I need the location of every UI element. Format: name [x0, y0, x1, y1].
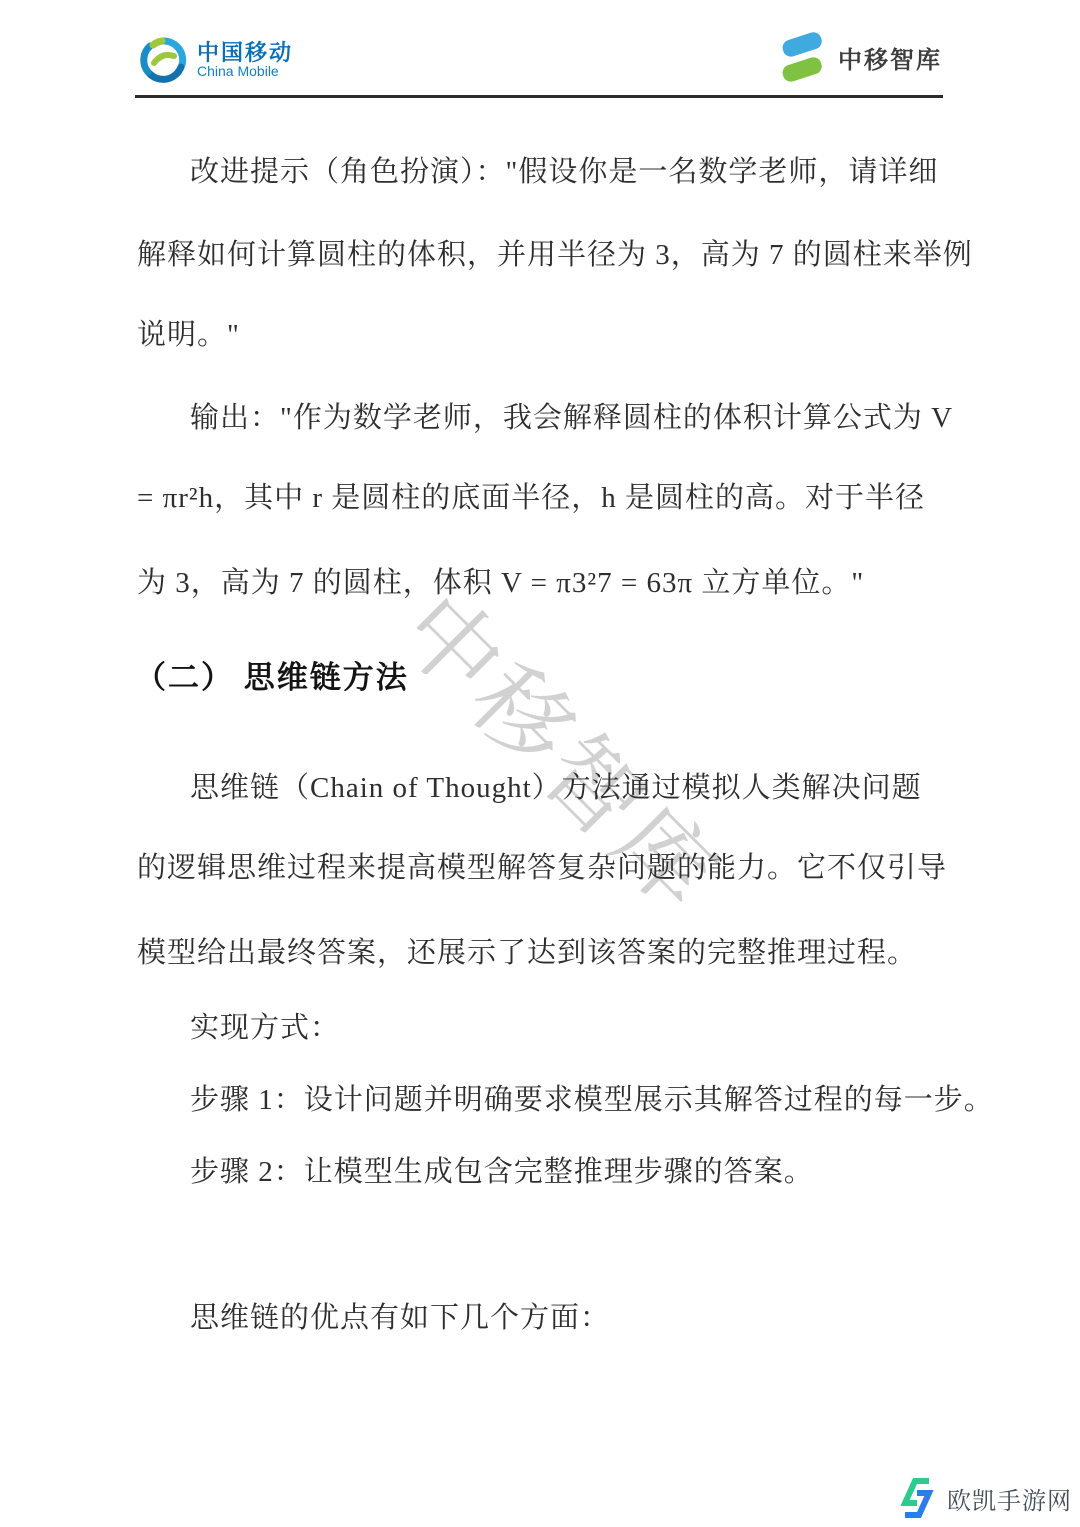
- doc-line: 改进提示（角色扮演）："假设你是一名数学老师，请详细: [137, 155, 938, 189]
- china-mobile-globe-icon: [140, 36, 188, 84]
- think-tank-icon: [779, 26, 825, 88]
- think-tank-logo: 中移智库: [779, 26, 942, 88]
- china-mobile-logo: 中国移动 China Mobile: [140, 36, 293, 84]
- site-logo: 欧凯手游网: [895, 1476, 1072, 1520]
- doc-line: 的逻辑思维过程来提高模型解答复杂问题的能力。它不仅引导: [137, 851, 947, 885]
- doc-line: 步骤 2：让模型生成包含完整推理步骤的答案。: [137, 1155, 814, 1189]
- doc-line: 输出："作为数学老师，我会解释圆柱的体积计算公式为 V: [137, 401, 953, 435]
- china-mobile-name-cn: 中国移动: [197, 41, 293, 64]
- doc-line: = πr²h，其中 r 是圆柱的底面半径，h 是圆柱的高。对于半径: [137, 481, 925, 515]
- doc-line: 为 3，高为 7 的圆柱，体积 V = π3²7 = 63π 立方单位。": [137, 566, 864, 600]
- doc-line: 解释如何计算圆柱的体积，并用半径为 3，高为 7 的圆柱来举例: [137, 238, 973, 272]
- doc-line: 思维链（Chain of Thought）方法通过模拟人类解决问题: [137, 771, 922, 805]
- header-divider: [135, 95, 943, 98]
- doc-line: 模型给出最终答案，还展示了达到该答案的完整推理过程。: [137, 936, 917, 970]
- site-name: 欧凯手游网: [947, 1481, 1072, 1516]
- doc-line: 说明。": [137, 318, 240, 352]
- section-heading: （二） 思维链方法: [135, 661, 409, 695]
- think-tank-name: 中移智库: [838, 40, 942, 75]
- document-page: 中国移动 China Mobile 中移智库 中移智库 改进提示（角色扮演）："…: [0, 0, 1080, 1527]
- doc-line: 思维链的优点有如下几个方面：: [137, 1301, 610, 1335]
- china-mobile-name-en: China Mobile: [197, 64, 293, 79]
- doc-line: 实现方式：: [137, 1011, 340, 1045]
- site-logo-icon: [895, 1476, 939, 1520]
- doc-line: 步骤 1：设计问题并明确要求模型展示其解答过程的每一步。: [137, 1083, 994, 1117]
